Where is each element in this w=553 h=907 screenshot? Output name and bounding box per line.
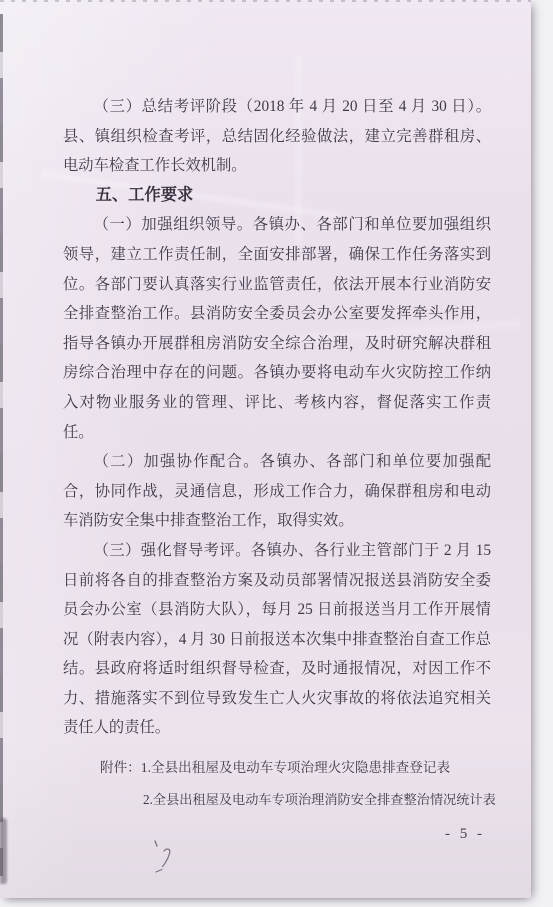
- attachment-item-1: 附件：1.全县出租屋及电动车专项治理火灾隐患排查登记表: [100, 752, 533, 784]
- attachment-item-2: 2.全县出租屋及电动车专项治理消防安全排查整治情况统计表: [143, 784, 533, 816]
- paper-top-edge: [0, 0, 531, 2]
- paper-left-edge-smudge: [0, 818, 7, 884]
- attachments-block: 附件：1.全县出租屋及电动车专项治理火灾隐患排查登记表 2.全县出租屋及电动车专…: [63, 752, 533, 815]
- attachment-item-1-text: 1.全县出租屋及电动车专项治理火灾隐患排查登记表: [141, 760, 450, 775]
- page-number: - 5 -: [445, 826, 485, 843]
- paragraph-summary-phase: （三）总结考评阶段（2018 年 4 月 20 日至 4 月 30 日）。县、镇…: [63, 92, 491, 181]
- handwritten-pen-mark-icon: [148, 839, 178, 879]
- attachments-label: 附件：: [100, 760, 141, 775]
- paper-left-edge: [0, 14, 3, 876]
- paragraph-strengthen-supervision: （三）强化督导考评。各镇办、各行业主管部门于 2 月 15 日前将各自的排查整治…: [63, 536, 491, 743]
- scanned-document-page: （三）总结考评阶段（2018 年 4 月 20 日至 4 月 30 日）。县、镇…: [0, 0, 531, 898]
- paragraph-strengthen-leadership: （一）加强组织领导。各镇办、各部门和单位要加强组织领导，建立工作责任制，全面安排…: [63, 210, 491, 447]
- section-heading-work-requirements: 五、工作要求: [63, 181, 491, 211]
- paragraph-strengthen-cooperation: （二）加强协作配合。各镇办、各部门和单位要加强配合，协同作战，灵通信息，形成工作…: [63, 447, 491, 536]
- document-body: （三）总结考评阶段（2018 年 4 月 20 日至 4 月 30 日）。县、镇…: [63, 92, 491, 743]
